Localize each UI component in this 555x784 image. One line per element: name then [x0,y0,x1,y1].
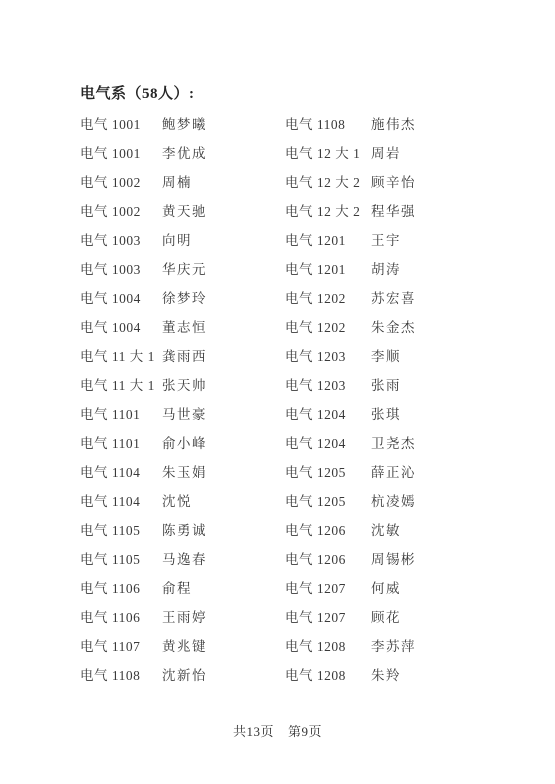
class-code: 电气 1201 [285,229,371,249]
class-code: 电气 1203 [285,374,371,394]
student-name: 华庆元 [162,258,207,278]
student-name: 张雨 [371,374,401,394]
class-code: 电气 1001 [80,142,162,162]
student-name: 黄天驰 [162,200,207,220]
student-name: 沈敏 [371,519,401,539]
student-name: 李顺 [371,345,401,365]
class-code: 电气 1108 [80,664,162,684]
roster-row: 电气 1105 马逸春 [80,543,285,572]
roster-row: 电气 1002 黄天驰 [80,195,285,224]
roster-row: 电气 1106 俞程 [80,572,285,601]
roster-row: 电气 12 大 2 顾辛怡 [285,166,500,195]
roster-row: 电气 1201 王宇 [285,224,500,253]
class-code: 电气 1203 [285,345,371,365]
total-pages-label: 共13页 [233,724,274,739]
roster-row: 电气 1002 周楠 [80,166,285,195]
class-code: 电气 1208 [285,635,371,655]
student-name: 陈勇诚 [162,519,207,539]
class-code: 电气 1004 [80,287,162,307]
roster-row: 电气 1108 沈新怡 [80,659,285,688]
class-code: 电气 1208 [285,664,371,684]
class-code: 电气 1202 [285,287,371,307]
roster-row: 电气 1104 沈悦 [80,485,285,514]
student-name: 朱羚 [371,664,401,684]
student-name: 朱金杰 [371,316,416,336]
class-code: 电气 1202 [285,316,371,336]
page-title: 电气系（58人）: [80,82,195,103]
class-code: 电气 1001 [80,113,162,133]
class-code: 电气 1204 [285,432,371,452]
class-code: 电气 1104 [80,490,162,510]
class-code: 电气 1105 [80,548,162,568]
class-code: 电气 12 大 1 [285,142,371,162]
class-code: 电气 1003 [80,229,162,249]
student-name: 何威 [371,577,401,597]
class-code: 电气 1107 [80,635,162,655]
student-name: 向明 [162,229,192,249]
student-name: 王宇 [371,229,401,249]
student-name: 俞小峰 [162,432,207,452]
roster-row: 电气 11 大 1 张天帅 [80,369,285,398]
roster-row: 电气 1104 朱玉娟 [80,456,285,485]
roster-row: 电气 1202 朱金杰 [285,311,500,340]
roster-row: 电气 1204 卫尧杰 [285,427,500,456]
class-code: 电气 1108 [285,113,371,133]
roster-row: 电气 1203 张雨 [285,369,500,398]
class-code: 电气 11 大 1 [80,345,162,365]
class-code: 电气 1205 [285,490,371,510]
student-name: 胡涛 [371,258,401,278]
student-name: 黄兆键 [162,635,207,655]
roster-row: 电气 1108 施伟杰 [285,108,500,137]
roster-row: 电气 1004 董志恒 [80,311,285,340]
document-page: 电气系（58人）: 电气 1001 鲍梦曦 电气 1001 李优成 电气 100… [0,0,555,784]
student-name: 董志恒 [162,316,207,336]
roster-row: 电气 1206 周锡彬 [285,543,500,572]
class-code: 电气 1004 [80,316,162,336]
student-name: 张天帅 [162,374,207,394]
student-name: 沈新怡 [162,664,207,684]
roster-row: 电气 1004 徐梦玲 [80,282,285,311]
class-code: 电气 1206 [285,519,371,539]
current-page-label: 第9页 [288,724,322,739]
class-code: 电气 1207 [285,606,371,626]
class-code: 电气 12 大 2 [285,171,371,191]
student-name: 李优成 [162,142,207,162]
roster-row: 电气 1001 李优成 [80,137,285,166]
class-code: 电气 1104 [80,461,162,481]
roster-column-right: 电气 1108 施伟杰 电气 12 大 1 周岩 电气 12 大 2 顾辛怡 电… [285,108,500,688]
class-code: 电气 1206 [285,548,371,568]
class-code: 电气 1002 [80,171,162,191]
student-name: 杭凌嫣 [371,490,416,510]
roster-row: 电气 1207 顾花 [285,601,500,630]
class-code: 电气 12 大 2 [285,200,371,220]
student-name: 俞程 [162,577,192,597]
roster-row: 电气 1003 华庆元 [80,253,285,282]
roster-row: 电气 12 大 2 程华强 [285,195,500,224]
student-name: 卫尧杰 [371,432,416,452]
student-name: 顾花 [371,606,401,626]
student-name: 苏宏喜 [371,287,416,307]
student-name: 张琪 [371,403,401,423]
roster-row: 电气 1208 朱羚 [285,659,500,688]
student-name: 龚雨西 [162,345,207,365]
student-name: 王雨婷 [162,606,207,626]
roster-column-left: 电气 1001 鲍梦曦 电气 1001 李优成 电气 1002 周楠 电气 10… [80,108,285,688]
roster-row: 电气 11 大 1 龚雨西 [80,340,285,369]
roster-row: 电气 1206 沈敏 [285,514,500,543]
student-name: 马逸春 [162,548,207,568]
student-name: 周岩 [371,142,401,162]
roster-row: 电气 1205 杭凌嫣 [285,485,500,514]
student-name: 马世豪 [162,403,207,423]
roster-row: 电气 12 大 1 周岩 [285,137,500,166]
class-code: 电气 1101 [80,432,162,452]
roster-row: 电气 1201 胡涛 [285,253,500,282]
student-name: 朱玉娟 [162,461,207,481]
roster-row: 电气 1003 向明 [80,224,285,253]
roster-row: 电气 1101 马世豪 [80,398,285,427]
page-footer: 共13页第9页 [0,721,555,740]
student-name: 施伟杰 [371,113,416,133]
student-name: 顾辛怡 [371,171,416,191]
class-code: 电气 1106 [80,606,162,626]
student-name: 徐梦玲 [162,287,207,307]
roster-row: 电气 1205 薛正沁 [285,456,500,485]
student-name: 鲍梦曦 [162,113,207,133]
class-code: 电气 1207 [285,577,371,597]
class-code: 电气 1101 [80,403,162,423]
class-code: 电气 11 大 1 [80,374,162,394]
roster-row: 电气 1203 李顺 [285,340,500,369]
student-name: 薛正沁 [371,461,416,481]
roster-row: 电气 1204 张琪 [285,398,500,427]
class-code: 电气 1204 [285,403,371,423]
student-name: 周锡彬 [371,548,416,568]
class-code: 电气 1205 [285,461,371,481]
roster-row: 电气 1208 李苏萍 [285,630,500,659]
roster-row: 电气 1202 苏宏喜 [285,282,500,311]
class-code: 电气 1105 [80,519,162,539]
roster-row: 电气 1107 黄兆键 [80,630,285,659]
student-name: 沈悦 [162,490,192,510]
class-code: 电气 1201 [285,258,371,278]
student-name: 李苏萍 [371,635,416,655]
roster-row: 电气 1105 陈勇诚 [80,514,285,543]
roster-row: 电气 1207 何威 [285,572,500,601]
roster-row: 电气 1101 俞小峰 [80,427,285,456]
class-code: 电气 1003 [80,258,162,278]
roster-row: 电气 1106 王雨婷 [80,601,285,630]
class-code: 电气 1002 [80,200,162,220]
class-code: 电气 1106 [80,577,162,597]
student-name: 周楠 [162,171,192,191]
roster-row: 电气 1001 鲍梦曦 [80,108,285,137]
student-name: 程华强 [371,200,416,220]
